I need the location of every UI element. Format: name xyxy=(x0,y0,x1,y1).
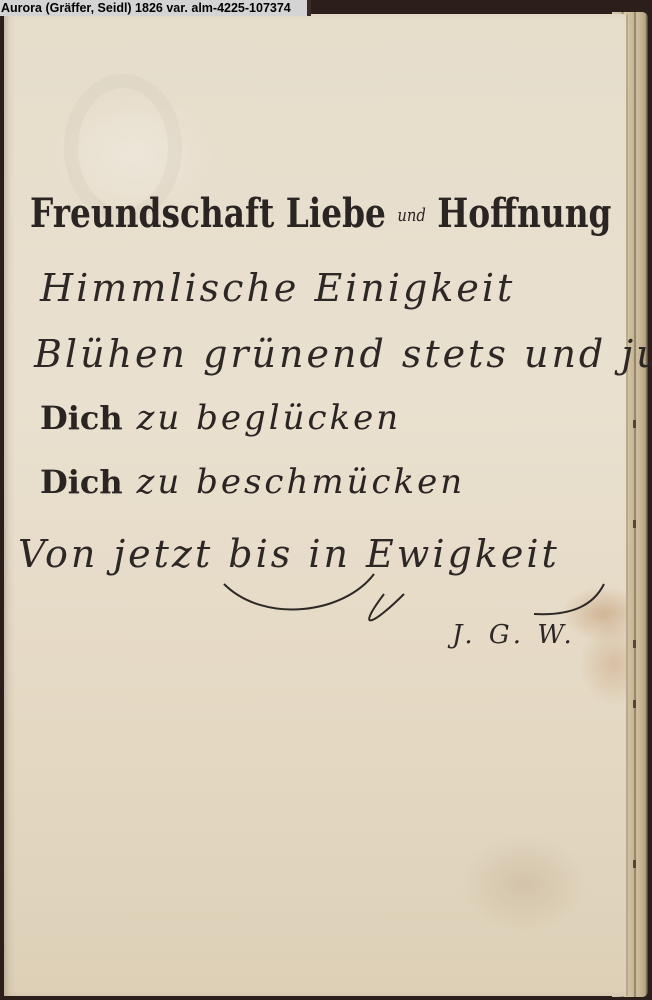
page-edge-marks xyxy=(633,0,639,1000)
line-5-part-2: zu beschmücken xyxy=(123,462,466,502)
image-caption: Aurora (Gräffer, Seidl) 1826 var. alm-42… xyxy=(0,0,311,16)
line-1-part-1: Freundschaft Liebe xyxy=(30,190,397,237)
line-4-part-2: zu beglücken xyxy=(123,398,402,438)
manuscript-line-4: Dich zu beglücken xyxy=(40,398,401,438)
line-5-part-1: Dich xyxy=(40,463,123,501)
scanned-page-image: Freundschaft Liebe und Hoffnung Himmlisc… xyxy=(0,0,652,1000)
signature-initials: J. G. W. xyxy=(452,620,576,650)
line-1-part-3: Hoffnung xyxy=(426,190,612,237)
line-4-part-1: Dich xyxy=(40,399,123,437)
manuscript-page: Freundschaft Liebe und Hoffnung Himmlisc… xyxy=(4,14,628,996)
manuscript-line-2: Himmlische Einigkeit xyxy=(40,266,515,310)
manuscript-line-1: Freundschaft Liebe und Hoffnung xyxy=(30,190,611,237)
manuscript-line-5: Dich zu beschmücken xyxy=(40,462,465,502)
manuscript-line-3: Blühen grünend stets und jung xyxy=(34,332,652,376)
line-1-part-2: und xyxy=(397,205,425,226)
